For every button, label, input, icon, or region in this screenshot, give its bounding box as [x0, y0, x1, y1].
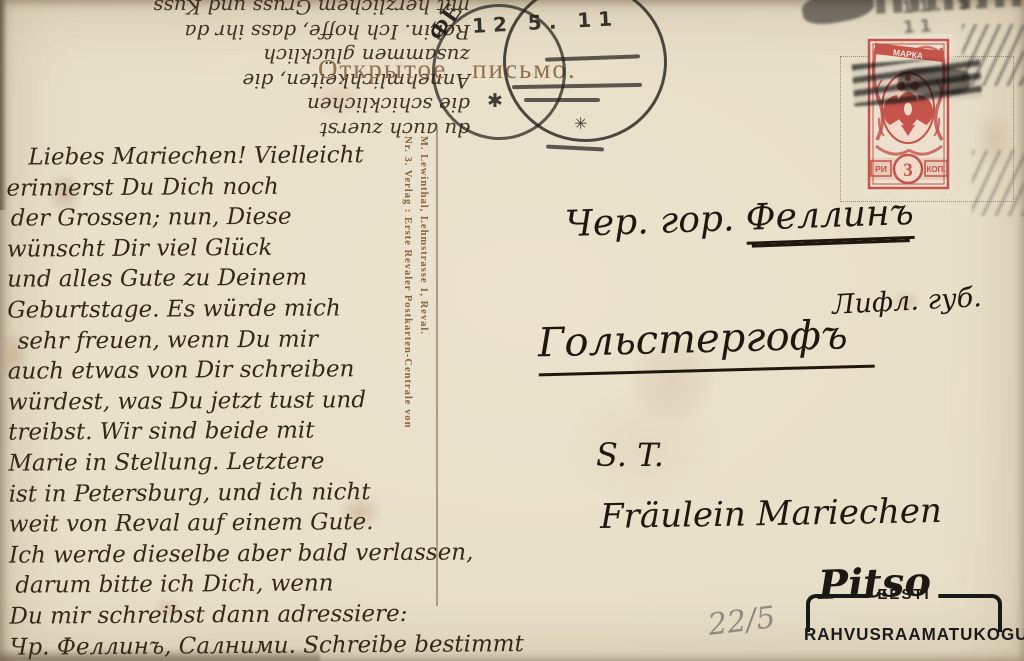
address-estate: Гольстергофъ — [537, 312, 874, 377]
address-prefix: Чер. гор. — [564, 198, 746, 245]
stamp-value: 3 — [903, 160, 913, 181]
letter-line: Du mir schreibst dann adressiere: — [9, 598, 487, 632]
address-surname: Pitso — [817, 558, 932, 609]
postmark-star-icon: ✳ — [574, 114, 587, 133]
postcard-scan: du auch zuerst die schicklichen Annehmli… — [0, 0, 1024, 661]
publisher-line: Nr. 3. Verlag : Erste Revaler Postkarten… — [399, 136, 415, 586]
stamp-value-band: 3 РИ КОП. — [869, 155, 948, 183]
stamp-right-label: КОП. — [926, 165, 945, 174]
address-line-city: Чер. гор. Феллинъ — [564, 192, 914, 251]
divider-line — [436, 126, 438, 606]
publisher-imprint: Nr. 3. Verlag : Erste Revaler Postkarten… — [399, 136, 431, 586]
library-stamp-name: RAHVUSRAAMATUKOGU — [804, 625, 1000, 646]
publisher-line: M. Lewinthal, Lehmstrasse 1, Reval. — [415, 136, 431, 586]
address-recipient: Fräulein Mariechen — [600, 491, 943, 537]
letter-line: mit herzlichem Gruss und Kuss — [0, 0, 470, 20]
letter-line: Чр. Феллинъ, Салними. Schreibe bestimmt — [10, 629, 488, 661]
address-salutation: S. T. — [596, 436, 664, 474]
address-estate-underlined: Гольстергофъ — [537, 312, 874, 377]
stamp-left-label: РИ — [875, 164, 887, 174]
cancellation-smudge — [800, 0, 876, 28]
postmark-bar — [546, 144, 604, 151]
postage-stamp: МАРКА 3 РИ КОП. — [856, 28, 962, 200]
letter-line: die schicklichen — [0, 93, 470, 118]
postmark-bar — [524, 98, 600, 102]
letter-line: Robin. Ich hoffe, dass ihr da — [0, 20, 470, 45]
address-city-underlined: Феллинъ — [745, 192, 914, 245]
stamp-cancellation-blob — [898, 68, 970, 94]
postmark-star-icon: ✱ — [487, 90, 503, 112]
pencil-note: 22/5 — [706, 600, 777, 643]
